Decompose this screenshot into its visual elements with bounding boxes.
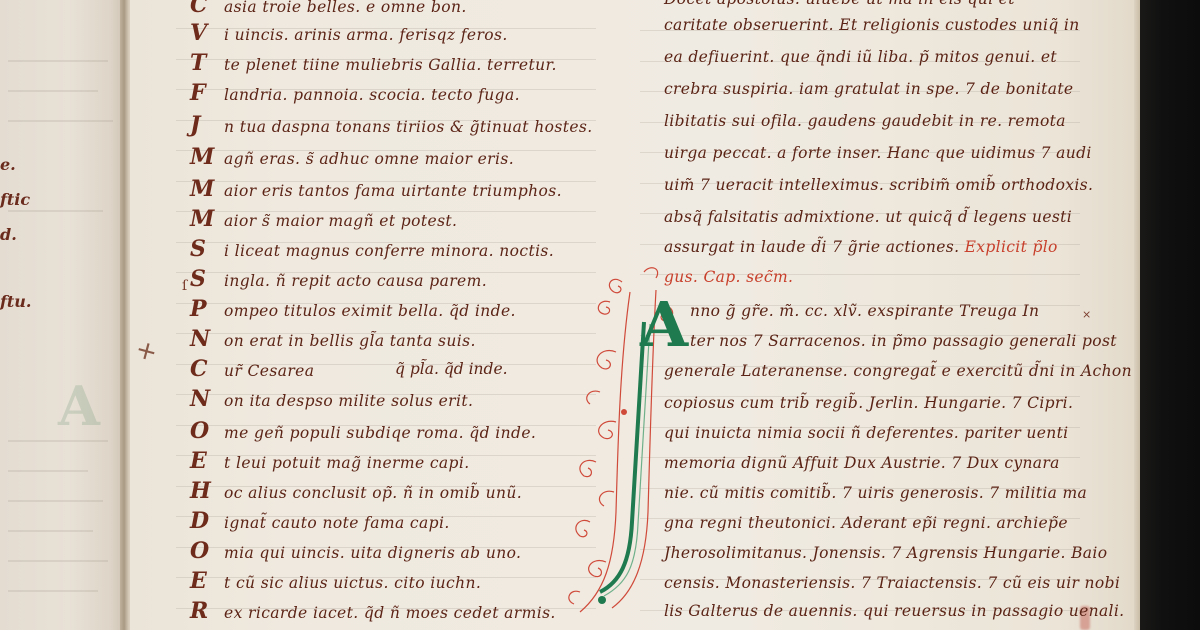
verse-initial: P [190, 296, 224, 322]
prose-text: assurgat in laude d̃i 7 g̃rie actiones. [664, 238, 959, 256]
prose-line: memoria dignũ Affuit Dux Austrie. 7 Dux… [664, 454, 1060, 484]
verse-line: Non ita despso milite solus erit. [190, 386, 473, 416]
verse-text: mia qui uincis. uita digneris ab uno. [224, 544, 521, 562]
prose-line: crebra suspiria. iam gratulat in spe. 7 … [664, 80, 1073, 110]
verse-line: Flandria. pannoia. scocia. tecto fuga. [190, 80, 520, 110]
verse-text: aior s̃ maior magñ et potest. [224, 212, 457, 230]
verse-initial: S [190, 236, 224, 262]
verse-initial: C [190, 356, 224, 382]
left-page-fragment: d. [0, 225, 17, 244]
verse-line: Et leui potuit mag̃ inerme capi. [190, 448, 470, 478]
prose-line: censis. Monasteriensis. 7 Traiactensis. … [664, 574, 1120, 604]
verse-initial: M [190, 176, 224, 202]
verse-line: Omia qui uincis. uita digneris ab uno. [190, 538, 521, 568]
verse-line: Hoc alius conclusit op̃. ñ in omib̃ unu… [190, 478, 522, 508]
verse-text: asia troie belles. e omne bon. [224, 0, 467, 16]
prose-line: ter nos 7 Sarracenos. in p̃mo passagio g… [690, 332, 1117, 362]
verse-line: Non erat in bellis gl̃a tanta suis. [190, 326, 476, 356]
verse-initial: M [190, 206, 224, 232]
verse-text: ex ricarde iacet. q̃d ñ moes cedet armi… [224, 604, 556, 622]
verse-text: landria. pannoia. scocia. tecto fuga. [224, 86, 520, 104]
verse-initial: N [190, 386, 224, 412]
verse-text: ingla. ñ repit acto causa parem. [224, 272, 487, 290]
verse-text: t cũ sic alius uictus. cito iuchn. [224, 574, 481, 592]
verse-initial: F [190, 80, 224, 106]
verse-line: Magñ eras. s̃ adhuc omne maior eris. [190, 144, 514, 174]
verse-text: ur̃ Cesarea [224, 362, 314, 380]
verse-line: Maior eris tantos fama uirtante triumpho… [190, 176, 562, 206]
verse-aside-text: q̃ pl̃a. q̃d inde. [395, 360, 508, 378]
verse-initial: N [190, 326, 224, 352]
verse-line: Jn tua daspna tonans tiriios & g̃tinuat … [190, 112, 593, 142]
prose-line: generale Lateranense. congregat̃ e exerc… [664, 362, 1132, 392]
verse-line: Et cũ sic alius uictus. cito iuchn. [190, 568, 481, 598]
prose-line: uim̃ 7 ueracit intelleximus. scribim̃ om… [664, 176, 1093, 206]
margin-tick-mark: ſ [182, 278, 187, 294]
verse-text: n tua daspna tonans tiriios & g̃tinuat h… [224, 118, 593, 136]
verse-text: te plenet tiine muliebris Gallia. terret… [224, 56, 557, 74]
verse-text: on erat in bellis gl̃a tanta suis. [224, 332, 476, 350]
verse-initial: D [190, 508, 224, 534]
verse-initial: R [190, 598, 224, 624]
verse-line: Singla. ñ repit acto causa parem. [190, 266, 487, 296]
left-page-fragment: ftu. [0, 292, 31, 311]
prose-line: Jherosolimitanus. Jonensis. 7 Agrensis H… [664, 544, 1107, 574]
rubric-text: Explicit p̃lo [965, 238, 1058, 256]
prose-line: nno g̃ gr̃e. m̃. cc. xlṽ. exspirante Tr… [690, 302, 1039, 332]
prose-line: gna regni theutonici. Aderant ep̃i regni… [664, 514, 1068, 544]
verse-line: Rex ricarde iacet. q̃d ñ moes cedet arm… [190, 598, 556, 628]
verse-line: Vi uincis. arinis arma. ferisqz feros. [190, 20, 508, 50]
verse-text: on ita despso milite solus erit. [224, 392, 473, 410]
margin-cross-mark: × [1082, 308, 1091, 321]
prose-line: ea defiuerint. que q̃ndi iũ liba. p̃ mi… [664, 48, 1057, 78]
verse-line: Casia troie belles. e omne bon. [190, 0, 467, 22]
verse-initial: M [190, 144, 224, 170]
dark-backdrop [1138, 0, 1200, 630]
verse-line: Maior s̃ maior magñ et potest. [190, 206, 457, 236]
prose-line: lis Galterus de auennis. qui reuersus in… [664, 602, 1124, 630]
verse-initial: J [190, 112, 224, 138]
left-facing-page: A e. ftic d. ftu. [0, 0, 125, 630]
verse-text: ompeo titulos eximit bella. q̃d inde. [224, 302, 516, 320]
verse-initial: H [190, 478, 224, 504]
prose-line: qui inuicta nimia socii ñ deferentes. p… [664, 424, 1068, 454]
decorated-initial-A: A [640, 290, 684, 360]
page-edge [1134, 0, 1140, 630]
manuscript-photo: A e. ftic d. ftu. ✕ ſ × Casia troie bell… [0, 0, 1200, 630]
verse-text: me geñ populi subdiqe roma. q̃d inde. [224, 424, 536, 442]
prose-line: nie. cũ mitis comitib̃. 7 uiris generos… [664, 484, 1087, 514]
left-page-fragment: ftic [0, 190, 30, 209]
prose-line: absq̃ falsitatis admixtione. ut quicq̃ d… [664, 208, 1072, 238]
prose-line: copiosus cum trib̃ regib̃. Jerlin. Hunga… [664, 394, 1073, 424]
verse-text: i liceat magnus conferre minora. noctis. [224, 242, 554, 260]
bleed-through-initial: A [58, 378, 90, 434]
left-page-fragment: e. [0, 155, 16, 174]
verse-initial: C [190, 0, 224, 18]
verse-line: Dignat̃ cauto note fama capi. [190, 508, 450, 538]
verse-initial: O [190, 418, 224, 444]
verse-initial: E [190, 448, 224, 474]
verse-line: Tte plenet tiine muliebris Gallia. terre… [190, 50, 557, 80]
verse-initial: V [190, 20, 224, 46]
prose-line: libitatis sui ofila. gaudens gaudebit in… [664, 112, 1066, 142]
verse-text: t leui potuit mag̃ inerme capi. [224, 454, 470, 472]
prose-line: uirga peccat. a forte inser. Hanc que ui… [664, 144, 1092, 174]
verse-initial: S [190, 266, 224, 292]
verse-line: Ome geñ populi subdiqe roma. q̃d inde. [190, 418, 536, 448]
verse-line: Cur̃ Cesarea [190, 356, 314, 386]
verse-initial: T [190, 50, 224, 76]
prose-line: caritate obseruerint. Et religionis cust… [664, 16, 1080, 46]
prose-line: assurgat in laude d̃i 7 g̃rie actiones. … [664, 238, 1058, 268]
verse-text: ignat̃ cauto note fama capi. [224, 514, 450, 532]
verse-line: Pompeo titulos eximit bella. q̃d inde. [190, 296, 516, 326]
verse-text: aior eris tantos fama uirtante triumphos… [224, 182, 562, 200]
verse-initial: E [190, 568, 224, 594]
verse-line: Si liceat magnus conferre minora. noctis… [190, 236, 554, 266]
verse-text: oc alius conclusit op̃. ñ in omib̃ unũ… [224, 484, 522, 502]
verse-text: i uincis. arinis arma. ferisqz feros. [224, 26, 508, 44]
verse-text: agñ eras. s̃ adhuc omne maior eris. [224, 150, 514, 168]
verse-initial: O [190, 538, 224, 564]
